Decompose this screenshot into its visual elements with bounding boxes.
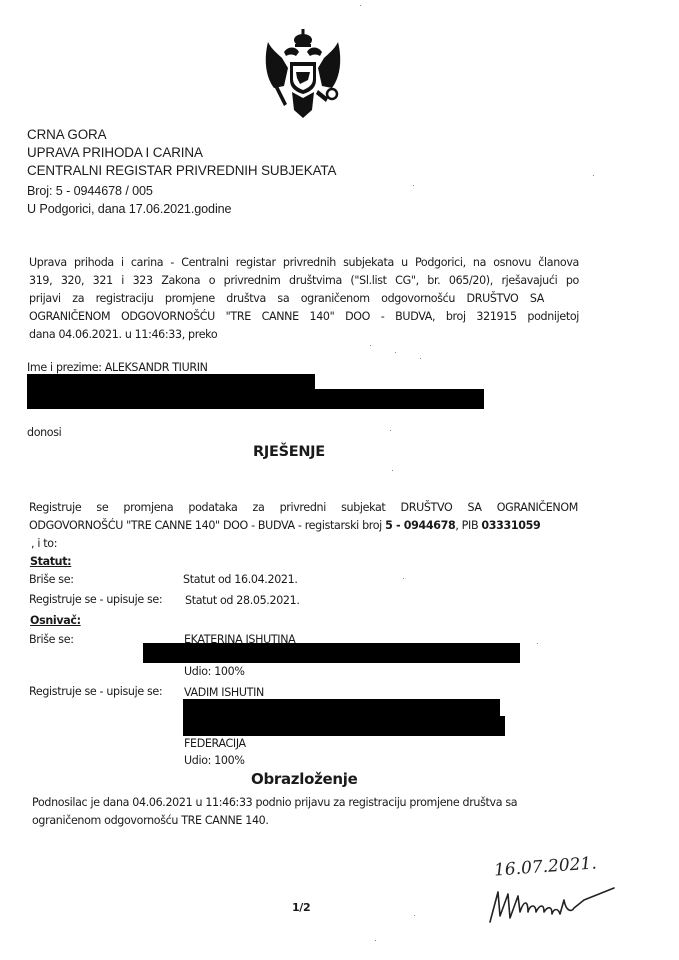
osnivac-add-country: FEDERACIJA: [184, 737, 246, 750]
scan-speck: [403, 578, 404, 579]
signature-icon: [488, 886, 618, 926]
scan-speck: [413, 185, 414, 186]
intro-line-4: OGRANIČENOM ODGOVORNOŠĆU "TRE CANNE 140"…: [29, 310, 579, 323]
decision-line-3: , i to:: [31, 537, 57, 550]
pib-label: , PIB: [455, 519, 481, 532]
decision-line-2: ODGOVORNOŠĆU "TRE CANNE 140" DOO - BUDVA…: [29, 519, 540, 532]
header-authority: UPRAVA PRIHODA I CARINA: [27, 145, 203, 160]
applicant-name: Ime i prezime: ALEKSANDR TIURIN: [27, 361, 208, 374]
osnivac-add-name: VADIM ISHUTIN: [184, 686, 264, 699]
scan-speck: [390, 430, 391, 431]
scan-speck: [420, 358, 421, 359]
osnivac-add-label: Registruje se - upisuje se:: [29, 685, 162, 698]
redaction-block: [183, 716, 505, 736]
intro-line-5: dana 04.06.2021. u 11:46:33, preko: [29, 328, 217, 341]
handwritten-date: 16.07.2021.: [493, 853, 597, 880]
registration-number: 5 - 0944678: [385, 519, 455, 532]
scan-speck: [593, 175, 594, 176]
document-number: Broj: 5 - 0944678 / 005: [27, 184, 153, 198]
header-country: CRNA GORA: [27, 127, 106, 142]
osnivac-remove-label: Briše se:: [29, 633, 74, 646]
scan-speck: [537, 643, 538, 644]
statut-remove-label: Briše se:: [29, 573, 74, 586]
scan-speck: [370, 345, 371, 346]
osnivac-add-share: Udio: 100%: [184, 754, 245, 767]
osnivac-heading: Osnivač:: [30, 614, 81, 627]
pib-number: 03331059: [481, 519, 540, 532]
scan-speck: [375, 940, 376, 941]
redaction-block: [143, 643, 520, 663]
scan-speck: [395, 352, 396, 353]
reasoning-title: Obrazloženje: [251, 770, 357, 788]
decision-line-1: Registruje se promjena podataka za privr…: [29, 501, 578, 514]
coat-of-arms-icon: [262, 28, 344, 124]
osnivac-remove-share: Udio: 100%: [184, 665, 245, 678]
scan-speck: [414, 915, 415, 916]
reasoning-line-1: Podnosilac je dana 04.06.2021 u 11:46:33…: [32, 796, 517, 809]
donosi-text: donosi: [27, 426, 61, 439]
decision-line-2-prefix: ODGOVORNOŠĆU "TRE CANNE 140" DOO - BUDVA…: [29, 519, 385, 532]
scan-speck: [360, 5, 361, 6]
statut-add-value: Statut od 28.05.2021.: [185, 594, 300, 607]
place-and-date: U Podgorici, dana 17.06.2021.godine: [27, 202, 231, 216]
intro-line-2: 319, 320, 321 i 323 Zakona o privrednim …: [29, 274, 579, 287]
decision-title: RJEŠENJE: [253, 444, 325, 460]
header-registry: CENTRALNI REGISTAR PRIVREDNIH SUBJEKATA: [27, 163, 336, 178]
statut-add-label: Registruje se - upisuje se:: [29, 593, 162, 606]
page-number: 1/2: [292, 901, 310, 914]
redaction-block: [27, 389, 484, 409]
statut-remove-value: Statut od 16.04.2021.: [183, 573, 298, 586]
intro-line-1: Uprava prihoda i carina - Centralni regi…: [29, 256, 579, 269]
redaction-block: [183, 699, 500, 717]
document-page: CRNA GORA UPRAVA PRIHODA I CARINA CENTRA…: [0, 0, 679, 960]
reasoning-line-2: ograničenom odgovornošću TRE CANNE 140.: [32, 814, 269, 827]
scan-speck: [392, 470, 393, 471]
redaction-block: [27, 374, 315, 390]
statut-heading: Statut:: [30, 555, 71, 568]
intro-line-3: prijavi za registraciju promjene društva…: [29, 292, 544, 305]
